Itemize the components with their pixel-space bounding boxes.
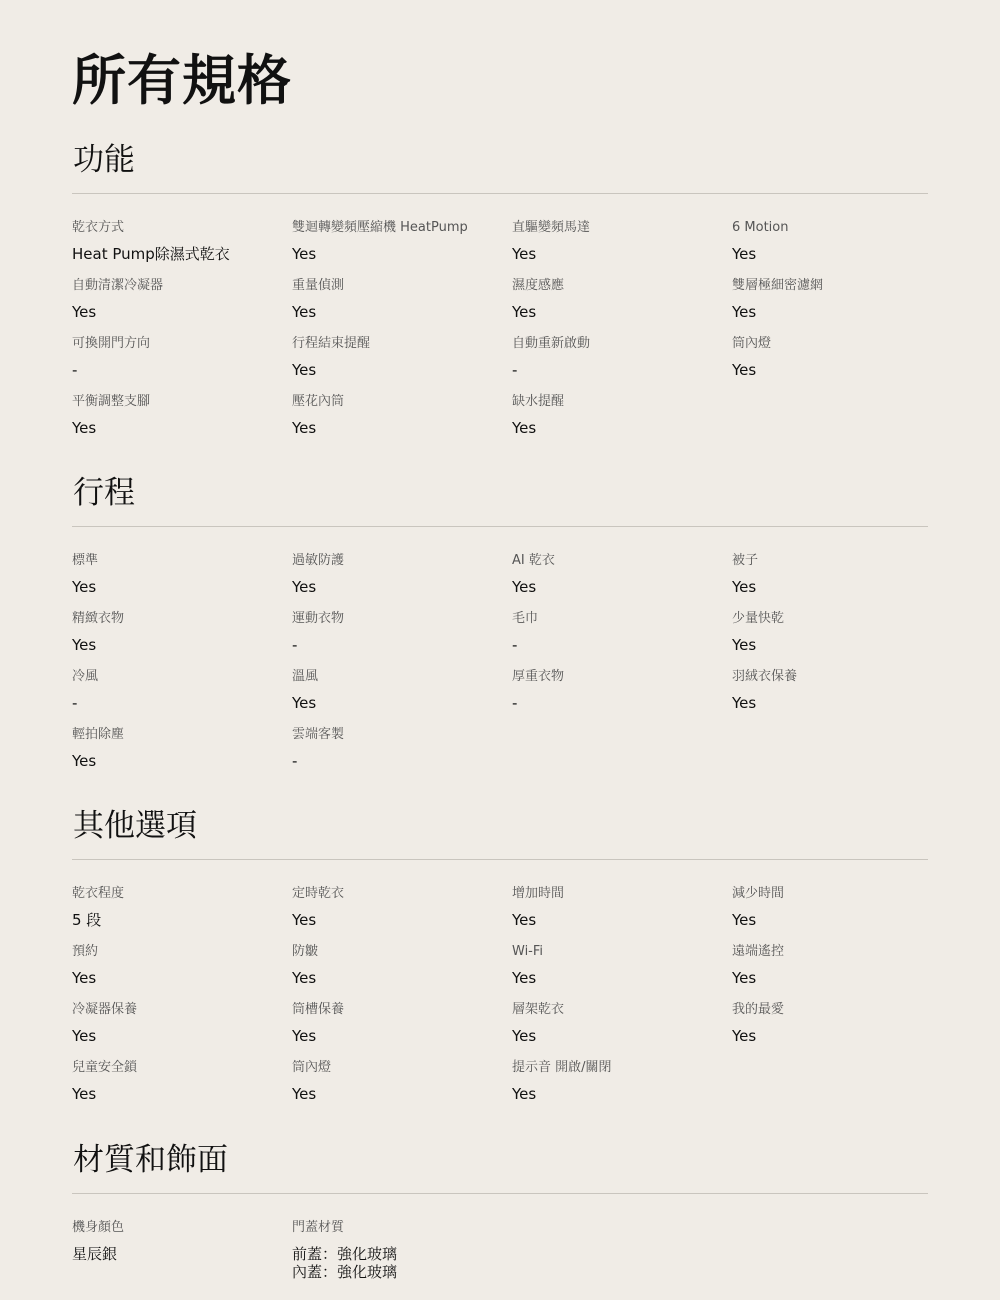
spec-item: 少量快乾Yes [732, 610, 928, 654]
spec-item: 筒槽保養Yes [292, 1001, 512, 1045]
spec-value: - [72, 361, 292, 379]
section-materials-finish: 材質和飾面 機身顏色星辰銀 門蓋材質前蓋：強化玻璃 內蓋：強化玻璃 [72, 1140, 928, 1263]
spec-item: 冷風- [72, 668, 292, 712]
spec-item: 羽絨衣保養Yes [732, 668, 928, 712]
section-divider [72, 193, 928, 194]
spec-label: 筒槽保養 [292, 1001, 512, 1019]
spec-value: 星辰銀 [72, 1245, 292, 1263]
spec-label: 筒內燈 [292, 1059, 512, 1077]
spec-item: 可換開門方向- [72, 335, 292, 379]
spec-value: - [512, 636, 732, 654]
spec-item: 筒內燈Yes [732, 335, 928, 379]
spec-item: 重量偵測Yes [292, 277, 512, 321]
spec-item: 乾衣程度5 段 [72, 885, 292, 929]
section-title: 材質和飾面 [72, 1140, 928, 1180]
spec-value: - [512, 361, 732, 379]
spec-label: 雙迴轉變頻壓縮機 HeatPump [292, 219, 512, 237]
spec-value: Yes [292, 911, 512, 929]
spec-value: Yes [512, 1085, 732, 1103]
spec-item: 雙迴轉變頻壓縮機 HeatPumpYes [292, 219, 512, 263]
spec-label: 自動清潔冷凝器 [72, 277, 292, 295]
spec-label: 缺水提醒 [512, 393, 732, 411]
spec-value: Yes [512, 1027, 732, 1045]
spec-item: 精緻衣物Yes [72, 610, 292, 654]
spec-value: Yes [72, 419, 292, 437]
spec-item: 溫風Yes [292, 668, 512, 712]
spec-label: 厚重衣物 [512, 668, 732, 686]
section-other-options: 其他選項 乾衣程度5 段 定時乾衣Yes 增加時間Yes 減少時間Yes 預約Y… [72, 806, 928, 1103]
spec-label: AI 乾衣 [512, 552, 732, 570]
spec-label: 機身顏色 [72, 1219, 292, 1237]
spec-item: 雙層極細密濾網Yes [732, 277, 928, 321]
section-features: 功能 乾衣方式Heat Pump除濕式乾衣 雙迴轉變頻壓縮機 HeatPumpY… [72, 140, 928, 437]
spec-label: 平衡調整支腳 [72, 393, 292, 411]
spec-grid: 乾衣方式Heat Pump除濕式乾衣 雙迴轉變頻壓縮機 HeatPumpYes … [72, 219, 928, 437]
spec-value: Heat Pump除濕式乾衣 [72, 245, 292, 263]
spec-label: 減少時間 [732, 885, 928, 903]
spec-label: 乾衣方式 [72, 219, 292, 237]
spec-value: Yes [512, 419, 732, 437]
spec-item: 厚重衣物- [512, 668, 732, 712]
spec-label: 門蓋材質 [292, 1219, 512, 1237]
spec-label: 運動衣物 [292, 610, 512, 628]
spec-item: 防皺Yes [292, 943, 512, 987]
spec-value: Yes [512, 911, 732, 929]
spec-item: 遠端遙控Yes [732, 943, 928, 987]
spec-label: 定時乾衣 [292, 885, 512, 903]
spec-value: Yes [292, 361, 512, 379]
spec-value: Yes [292, 694, 512, 712]
spec-label: 冷風 [72, 668, 292, 686]
spec-item: 門蓋材質前蓋：強化玻璃 內蓋：強化玻璃 [292, 1219, 512, 1263]
spec-value: Yes [732, 303, 928, 321]
spec-value: Yes [292, 245, 512, 263]
spec-label: 羽絨衣保養 [732, 668, 928, 686]
spec-label: 雲端客製 [292, 726, 512, 744]
spec-item: AI 乾衣Yes [512, 552, 732, 596]
spec-grid: 機身顏色星辰銀 門蓋材質前蓋：強化玻璃 內蓋：強化玻璃 [72, 1219, 928, 1263]
spec-item: 定時乾衣Yes [292, 885, 512, 929]
spec-item: 減少時間Yes [732, 885, 928, 929]
spec-value: - [512, 694, 732, 712]
spec-item: 行程結束提醒Yes [292, 335, 512, 379]
spec-value: Yes [72, 1027, 292, 1045]
spec-value: Yes [732, 578, 928, 596]
spec-value: Yes [72, 636, 292, 654]
spec-value: Yes [292, 969, 512, 987]
spec-value: Yes [732, 694, 928, 712]
spec-label: 我的最愛 [732, 1001, 928, 1019]
spec-label: 直驅變頻馬達 [512, 219, 732, 237]
spec-item: 冷凝器保養Yes [72, 1001, 292, 1045]
spec-value: 5 段 [72, 911, 292, 929]
spec-item: 兒童安全鎖Yes [72, 1059, 292, 1103]
spec-value: Yes [732, 1027, 928, 1045]
spec-item: 毛巾- [512, 610, 732, 654]
spec-label: 行程結束提醒 [292, 335, 512, 353]
spec-value: Yes [732, 245, 928, 263]
spec-label: 少量快乾 [732, 610, 928, 628]
spec-label: 毛巾 [512, 610, 732, 628]
spec-label: 溫風 [292, 668, 512, 686]
spec-label: 可換開門方向 [72, 335, 292, 353]
spec-label: 防皺 [292, 943, 512, 961]
spec-item: 被子Yes [732, 552, 928, 596]
spec-value: Yes [732, 911, 928, 929]
section-divider [72, 859, 928, 860]
spec-grid: 標準Yes 過敏防護Yes AI 乾衣Yes 被子Yes 精緻衣物Yes 運動衣… [72, 552, 928, 770]
spec-label: 乾衣程度 [72, 885, 292, 903]
spec-value: Yes [292, 1027, 512, 1045]
spec-label: Wi-Fi [512, 943, 732, 961]
spec-label: 冷凝器保養 [72, 1001, 292, 1019]
spec-label: 兒童安全鎖 [72, 1059, 292, 1077]
spec-item: 乾衣方式Heat Pump除濕式乾衣 [72, 219, 292, 263]
section-title: 其他選項 [72, 806, 928, 846]
spec-item: 自動清潔冷凝器Yes [72, 277, 292, 321]
spec-item: 筒內燈Yes [292, 1059, 512, 1103]
spec-label: 雙層極細密濾網 [732, 277, 928, 295]
spec-value: 前蓋：強化玻璃 內蓋：強化玻璃 [292, 1245, 512, 1281]
spec-value: Yes [732, 361, 928, 379]
spec-value: Yes [292, 1085, 512, 1103]
spec-label: 重量偵測 [292, 277, 512, 295]
spec-value: Yes [512, 245, 732, 263]
spec-value: - [292, 636, 512, 654]
spec-grid: 乾衣程度5 段 定時乾衣Yes 增加時間Yes 減少時間Yes 預約Yes 防皺… [72, 885, 928, 1103]
spec-label: 壓花內筒 [292, 393, 512, 411]
spec-value: Yes [72, 1085, 292, 1103]
spec-item: 提示音 開啟/關閉Yes [512, 1059, 732, 1103]
spec-item: 直驅變頻馬達Yes [512, 219, 732, 263]
spec-label: 過敏防護 [292, 552, 512, 570]
spec-label: 遠端遙控 [732, 943, 928, 961]
spec-item: 過敏防護Yes [292, 552, 512, 596]
spec-value: Yes [72, 303, 292, 321]
spec-value: Yes [512, 969, 732, 987]
spec-value: Yes [512, 303, 732, 321]
spec-item: 我的最愛Yes [732, 1001, 928, 1045]
spec-label: 自動重新啟動 [512, 335, 732, 353]
spec-label: 濕度感應 [512, 277, 732, 295]
spec-label: 精緻衣物 [72, 610, 292, 628]
section-divider [72, 1193, 928, 1194]
spec-value: Yes [292, 578, 512, 596]
spec-item: 雲端客製- [292, 726, 512, 770]
spec-value: Yes [72, 578, 292, 596]
spec-item: 輕拍除塵Yes [72, 726, 292, 770]
spec-label: 層架乾衣 [512, 1001, 732, 1019]
spec-item: 缺水提醒Yes [512, 393, 732, 437]
spec-item: Wi-FiYes [512, 943, 732, 987]
spec-label: 6 Motion [732, 219, 928, 237]
spec-value: Yes [292, 419, 512, 437]
section-programs: 行程 標準Yes 過敏防護Yes AI 乾衣Yes 被子Yes 精緻衣物Yes … [72, 473, 928, 770]
spec-value: Yes [732, 636, 928, 654]
spec-item: 標準Yes [72, 552, 292, 596]
spec-value: Yes [72, 752, 292, 770]
spec-label: 筒內燈 [732, 335, 928, 353]
section-title: 功能 [72, 140, 928, 180]
spec-item: 層架乾衣Yes [512, 1001, 732, 1045]
page-title: 所有規格 [72, 48, 292, 114]
spec-value: - [72, 694, 292, 712]
spec-item: 預約Yes [72, 943, 292, 987]
spec-item: 運動衣物- [292, 610, 512, 654]
section-divider [72, 526, 928, 527]
spec-label: 提示音 開啟/關閉 [512, 1059, 732, 1077]
spec-item: 機身顏色星辰銀 [72, 1219, 292, 1263]
spec-item: 6 MotionYes [732, 219, 928, 263]
spec-label: 增加時間 [512, 885, 732, 903]
spec-item: 壓花內筒Yes [292, 393, 512, 437]
spec-value: Yes [732, 969, 928, 987]
spec-label: 預約 [72, 943, 292, 961]
spec-item: 自動重新啟動- [512, 335, 732, 379]
spec-label: 標準 [72, 552, 292, 570]
section-title: 行程 [72, 473, 928, 513]
spec-value: Yes [72, 969, 292, 987]
spec-label: 輕拍除塵 [72, 726, 292, 744]
spec-item: 平衡調整支腳Yes [72, 393, 292, 437]
spec-value: - [292, 752, 512, 770]
spec-label: 被子 [732, 552, 928, 570]
spec-item: 增加時間Yes [512, 885, 732, 929]
spec-item: 濕度感應Yes [512, 277, 732, 321]
spec-value: Yes [292, 303, 512, 321]
spec-value: Yes [512, 578, 732, 596]
